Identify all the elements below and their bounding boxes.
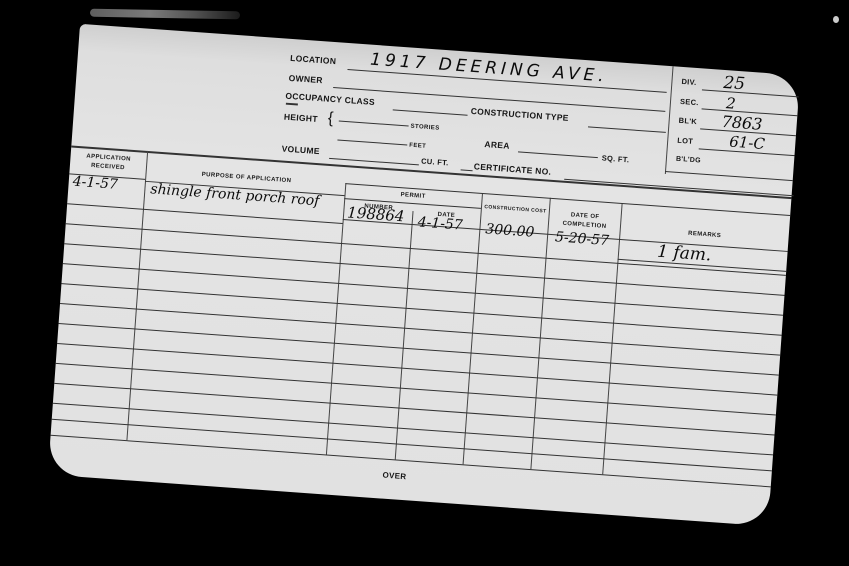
height-brace: { [327, 110, 334, 128]
torn-edge-strip [90, 9, 240, 20]
sec-value: 2 [725, 94, 736, 113]
cell-construction-cost: 300.00 [485, 221, 535, 240]
header-application-received: APPLICATION RECEIVED [72, 152, 145, 175]
header-construction-cost: CONSTRUCTION COST [484, 203, 547, 216]
occupancy-class-line [393, 109, 468, 116]
certificate-pre-line [461, 169, 473, 171]
height-label: HEIGHT [284, 112, 319, 124]
div-line [702, 89, 799, 97]
dust-speck [833, 16, 839, 23]
stories-label: STORIES [410, 124, 439, 132]
blk-value: 7863 [721, 112, 763, 134]
cell-permit-date: 4-1-57 [417, 214, 463, 233]
building-permit-card: LOCATION 1917 DEERING AVE. OWNER OCCUPAN… [48, 24, 800, 526]
feet-line [337, 139, 407, 145]
volume-unit: CU. FT. [421, 157, 449, 168]
tick-mark [286, 103, 298, 106]
area-line [518, 151, 598, 158]
lot-label: LOT [677, 136, 694, 146]
bldg-label: B'L'DG [676, 156, 701, 165]
location-label: LOCATION [290, 53, 337, 66]
div-label: DIV. [681, 77, 697, 87]
cell-date-of-completion: 5-20-57 [554, 229, 609, 249]
feet-label: FEET [409, 143, 426, 150]
location-value: 1917 DEERING AVE. [370, 50, 609, 87]
stories-line [339, 121, 409, 127]
col-divider-4 [463, 193, 484, 464]
over-label: OVER [382, 471, 406, 482]
blk-label: BL'K [678, 116, 697, 126]
header-remarks: REMARKS [622, 225, 786, 246]
area-unit: SQ. FT. [602, 153, 630, 164]
area-label: AREA [484, 139, 510, 151]
lot-value: 61-C [729, 133, 766, 154]
parcel-box-border [665, 66, 674, 174]
occupancy-class-label: OCCUPANCY CLASS [285, 91, 375, 107]
owner-label: OWNER [288, 73, 323, 85]
volume-label: VOLUME [281, 144, 320, 157]
bldg-line [665, 171, 793, 181]
construction-type-label: CONSTRUCTION TYPE [470, 106, 569, 123]
cell-application-received: 4-1-57 [72, 174, 118, 193]
construction-type-line [588, 126, 666, 133]
div-value: 25 [723, 73, 746, 94]
cell-permit-number: 198864 [347, 203, 405, 225]
col-divider-1 [126, 151, 148, 440]
sec-label: SEC. [680, 97, 699, 107]
